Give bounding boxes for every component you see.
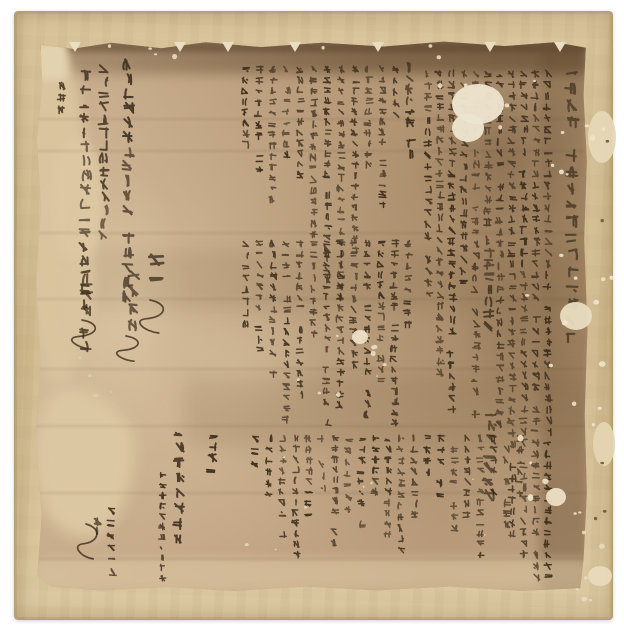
paper-speck [533,80,536,82]
edge-notch [289,42,301,52]
paper-speck [594,517,597,521]
paper-speck [582,531,586,535]
edge-notch [484,42,496,52]
paper-speck [578,511,581,513]
paper-speck [562,320,568,325]
signature-paraph [117,336,138,361]
paper-speck [154,53,157,55]
paper-speck [575,588,578,590]
paper-speck [574,276,578,279]
paper-speck [606,140,610,143]
paper-speck [429,44,433,47]
paper-speck [79,356,82,359]
paper-speck [88,374,91,377]
paper-speck [559,170,564,175]
paper-speck [600,462,604,465]
paper-speck [592,423,595,426]
paper-speck [573,512,576,515]
paper-speck [581,597,587,602]
paper-speck [559,254,563,257]
paper-speck [437,55,442,59]
paper-speck [373,345,378,349]
paper-loss-patch-right-3 [593,422,615,466]
paper-loss-patch-mid [352,330,368,344]
paper-speck [383,363,387,366]
paper-speck [599,544,605,549]
edge-notch [554,42,566,52]
paper-speck [585,124,590,127]
paper-speck [108,44,111,48]
edge-notch [222,42,234,52]
paper-speck [603,510,607,513]
paper-speck [336,392,341,397]
paper-speck [601,277,605,281]
paper-speck [275,549,277,551]
paper-speck [549,364,553,367]
paper-speck [566,173,569,175]
paper-speck [438,83,443,88]
paper-speck [370,482,372,485]
paper-speck [599,361,606,367]
paper-speck [602,127,605,131]
paper-speck [529,461,532,464]
paper-loss-hole-top-center-b [452,114,484,142]
paper-speck [518,435,524,442]
paper-speck [528,494,534,501]
paper-loss-patch-bottom-right [588,566,612,586]
handwriting-layer [0,0,624,640]
paper-speck [542,479,548,485]
paper-speck [110,391,112,393]
paper-speck [609,276,613,280]
paper-loss-patch-right-4 [546,488,566,506]
paper-loss-patch-right-1 [560,302,592,330]
edge-notch [69,42,81,52]
paper-speck [376,375,378,376]
paper-speck [525,294,529,297]
paper-speck [464,83,468,87]
paper-speck [336,335,338,338]
paper-speck [551,164,554,167]
paper-speck [304,506,307,509]
signature-paraph [78,524,97,559]
paper-speck [472,479,474,480]
paper-speck [589,599,592,601]
paper-speck [363,486,365,488]
paper-speck [297,378,300,381]
paper-speck [593,300,599,305]
paper-speck [245,543,249,546]
paper-speck [282,456,285,458]
paper-speck [322,46,325,50]
paper-speck [561,131,565,134]
paper-speck [455,134,458,137]
paper-speck [457,137,460,139]
paper-speck [148,47,152,49]
edge-notch [174,42,186,52]
paper-speck [589,135,595,141]
edge-notch [372,42,384,52]
signature-paraph [140,300,164,333]
paper-speck [601,219,604,222]
paper-speck [95,394,99,397]
paper-speck [484,534,486,536]
paper-speck [598,407,602,410]
paper-speck [584,576,588,580]
paper-speck [371,351,376,356]
paper-speck [318,392,321,395]
paper-speck [498,125,502,129]
manuscript-photograph [0,0,624,640]
paper-speck [172,54,177,59]
paper-speck [505,103,510,107]
paper-speck [572,402,576,407]
